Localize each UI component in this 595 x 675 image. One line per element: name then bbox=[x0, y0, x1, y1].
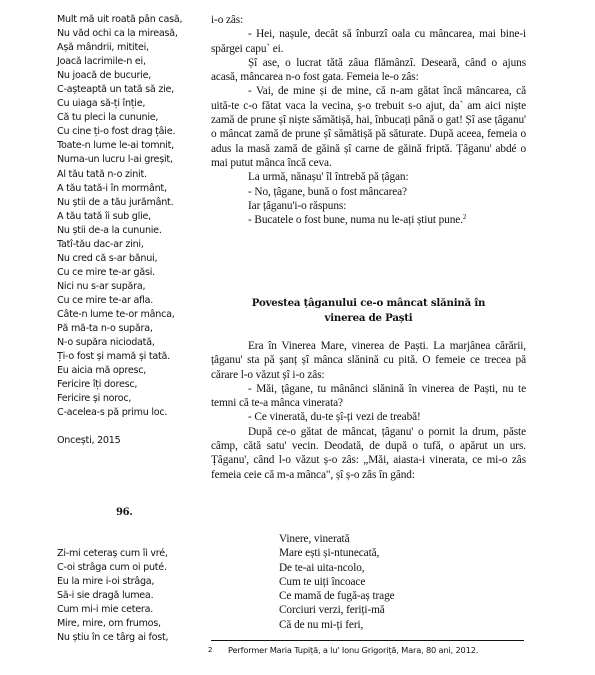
verse-line: De te-ai uita-ncolo, bbox=[279, 561, 395, 575]
poem-1: Mult mă uit roată pân casă, Nu văd ochi … bbox=[57, 13, 207, 448]
story-body: Era în Vinerea Mare, vinerea de Paști. L… bbox=[211, 339, 526, 482]
verse-line: Nici nu s-ar supăra, bbox=[57, 280, 207, 294]
footnote-mark: 2 bbox=[208, 646, 228, 654]
dialog-text: - Bucatele o fost bune, numa nu le-ați ș… bbox=[248, 214, 463, 226]
right-column-prose: i-o zâs: - Hei, nașule, decât să înburzî… bbox=[211, 13, 526, 227]
poem-number-heading: 96. bbox=[116, 506, 133, 520]
story-title: Povestea țâganului ce-o mâncat slănină î… bbox=[211, 296, 526, 325]
book-page: Mult mă uit roată pân casă, Nu văd ochi … bbox=[0, 0, 595, 675]
verse-line: Al tău tată n-o zinit. bbox=[57, 168, 207, 182]
place-date: Oncești, 2015 bbox=[57, 434, 207, 448]
footnote-text: Performer Maria Tupiță, a lu' Ionu Grigo… bbox=[228, 645, 478, 655]
dialog-line: - Bucatele o fost bune, numa nu le-ați ș… bbox=[211, 213, 526, 227]
paragraph: Era în Vinerea Mare, vinerea de Paști. L… bbox=[211, 339, 526, 382]
footnote-reference[interactable]: 2 bbox=[463, 213, 466, 221]
verse-line: Pă mă-ta n-o supăra, bbox=[57, 322, 207, 336]
verse-line: Să-i sie dragă lumea. bbox=[57, 589, 168, 603]
paragraph: i-o zâs: bbox=[211, 13, 526, 27]
verse-line: Mare ești și-ntunecată, bbox=[279, 546, 395, 560]
verse-line: Cum te uiți încoace bbox=[279, 575, 395, 589]
dialog-line: - No, țâgane, bună o fost mâncarea? bbox=[211, 185, 526, 199]
verse-line: Nu joacă de bucurie, bbox=[57, 69, 207, 83]
footnote: 2Performer Maria Tupiță, a lu' Ionu Grig… bbox=[208, 645, 478, 655]
verse-line: Nu știu în ce târg ai fost, bbox=[57, 631, 168, 645]
verse-line: Numa-un lucru l-ai greșit, bbox=[57, 153, 207, 167]
verse-line: A tău tată îi sub glie, bbox=[57, 210, 207, 224]
verse-line: Ce mamă de fugă-aș trage bbox=[279, 589, 395, 603]
verse-line: Fericire îți doresc, bbox=[57, 378, 207, 392]
story-continuation: i-o zâs: - Hei, nașule, decât să înburzî… bbox=[211, 13, 526, 227]
verse-line: Așă mândrii, mititei, bbox=[57, 41, 207, 55]
story-title-line-2: vinerea de Paști bbox=[325, 312, 413, 324]
verse-line: Nu știi de-a la cununie. bbox=[57, 224, 207, 238]
paragraph: După ce-o gătat de mâncat, țâganu' o por… bbox=[211, 425, 526, 482]
verse-line: Nu știi de a tău jurământ. bbox=[57, 196, 207, 210]
left-column-poems: Mult mă uit roată pân casă, Nu văd ochi … bbox=[57, 13, 207, 448]
verse-line: Cu cine ți-o fost drag țâie. bbox=[57, 125, 207, 139]
verse-line: Corciuri verzi, feriți-mă bbox=[279, 603, 395, 617]
verse-line: Că tu pleci la cununie, bbox=[57, 111, 207, 125]
dialog-line: Iar țâganu'i-o răspuns: bbox=[211, 199, 526, 213]
verse-line: Joacă lacrimile-n ei, bbox=[57, 55, 207, 69]
verse-line: A tău tată-i în mormânt, bbox=[57, 182, 207, 196]
paragraph: Șî ase, o lucrat tătă zâua flămânzî. Des… bbox=[211, 56, 526, 85]
verse-line: Vinere, vinerată bbox=[279, 532, 395, 546]
verse-line: C-oi strâga cum oi puté. bbox=[57, 561, 168, 575]
story-title-line-1: Povestea țâganului ce-o mâncat slănină î… bbox=[252, 297, 485, 309]
verse-line: Ți-o fost și mamă și tată. bbox=[57, 350, 207, 364]
poem-2: Zi-mi ceteraș cum îi vré, C-oi strâga cu… bbox=[57, 547, 168, 645]
verse-line: Nu văd ochi ca la mireasă, bbox=[57, 27, 207, 41]
verse-line: Cum mi-i mie cetera. bbox=[57, 603, 168, 617]
verse-line: Eu la mire i-oi strâga, bbox=[57, 575, 168, 589]
verse-line: Cu ce mire te-ar găsi. bbox=[57, 266, 207, 280]
verse-line: C-așteaptă un tată să zie, bbox=[57, 83, 207, 97]
footnote-divider bbox=[211, 640, 524, 641]
verse-line: Câte-n lume te-or mânca, bbox=[57, 308, 207, 322]
verse-line: Toate-n lume le-ai tomnit, bbox=[57, 139, 207, 153]
verse-line: Tatî-tău dac-ar zini, bbox=[57, 238, 207, 252]
verse-line: Cu ce mire te-ar afla. bbox=[57, 294, 207, 308]
verse-line: Nu cred că s-ar bănui, bbox=[57, 252, 207, 266]
verse-line: Că de nu mi-ți feri, bbox=[279, 618, 395, 632]
paragraph: - Măi, țâgane, tu mânânci slănină în vin… bbox=[211, 382, 526, 411]
paragraph: - Ce vinerată, du-te șî-ți vezi de treab… bbox=[211, 410, 526, 424]
verse-line: C-acelea-s pă primu loc. bbox=[57, 406, 207, 420]
dialog-line: La urmă, nănașu' îl întrebă pă țâgan: bbox=[211, 170, 526, 184]
embedded-verse: Vinere, vinerată Mare ești și-ntunecată,… bbox=[279, 532, 395, 632]
verse-line: Zi-mi ceteraș cum îi vré, bbox=[57, 547, 168, 561]
paragraph: - Vai, de mine și de mine, că n-am gătat… bbox=[211, 84, 526, 170]
paragraph: - Hei, nașule, decât să înburzî oala cu … bbox=[211, 27, 526, 56]
verse-line: Cu uiaga să-ți înție, bbox=[57, 97, 207, 111]
verse-line: Mult mă uit roată pân casă, bbox=[57, 13, 207, 27]
verse-line: Eu aicia mă opresc, bbox=[57, 364, 207, 378]
verse-line: N-o supăra niciodată, bbox=[57, 336, 207, 350]
verse-line: Fericire și noroc, bbox=[57, 392, 207, 406]
verse-line: Mire, mire, om frumos, bbox=[57, 617, 168, 631]
